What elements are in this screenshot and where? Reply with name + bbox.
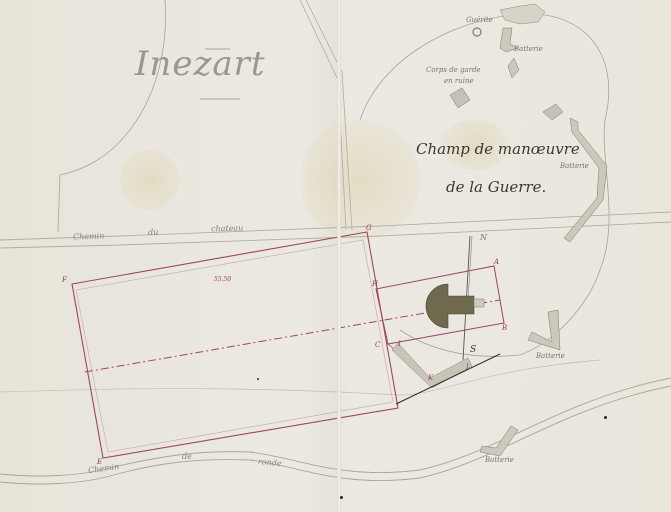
label-en-ruine: en ruine bbox=[444, 77, 474, 85]
label-guerite: Guérite bbox=[466, 16, 493, 24]
batterie-mid bbox=[528, 310, 560, 350]
map-title-line2: de la Guerre. bbox=[446, 178, 546, 196]
label-batterie-mid: Batterie bbox=[536, 352, 565, 360]
map-sheet: Inezart Champ de manœuvre de la Guerre. … bbox=[0, 0, 671, 512]
survey-point-a: A bbox=[494, 258, 499, 266]
road-label-du: du bbox=[148, 228, 158, 237]
guerite bbox=[473, 28, 481, 36]
road-label-chemin: Chemin bbox=[73, 231, 105, 241]
label-batterie-bottom: Batterie bbox=[485, 456, 514, 464]
batterie-right bbox=[564, 118, 607, 242]
measure-top-edge: 55.50 bbox=[214, 276, 231, 283]
label-batterie-right: Batterie bbox=[560, 162, 589, 170]
survey-point-k: K bbox=[428, 374, 433, 382]
pencil-note: Inezart bbox=[135, 44, 266, 84]
ruins bbox=[500, 4, 545, 24]
survey-point-b: B bbox=[502, 324, 507, 332]
batterie-bottom bbox=[480, 426, 518, 456]
boundary-line bbox=[58, 0, 166, 232]
ink-dot bbox=[257, 378, 259, 380]
compass-south: S bbox=[470, 345, 476, 355]
label-batterie-top: Batterie bbox=[514, 45, 543, 53]
survey-point-h: H bbox=[372, 280, 378, 288]
survey-point-c: C bbox=[375, 341, 380, 349]
map-title-line1: Champ de manœuvre bbox=[416, 140, 580, 158]
survey-parcel bbox=[72, 232, 398, 458]
paper-fold bbox=[337, 0, 341, 512]
ink-dot bbox=[604, 416, 607, 419]
survey-point-e: E bbox=[97, 458, 102, 466]
corps-de-garde bbox=[450, 88, 470, 108]
ink-dot bbox=[340, 496, 343, 499]
compass-north: N bbox=[480, 233, 487, 242]
survey-point-l: L bbox=[466, 363, 471, 371]
label-corps-de-garde: Corps de garde bbox=[426, 66, 481, 74]
survey-point-g: G bbox=[366, 224, 372, 232]
road-label-chateau: chateau bbox=[211, 223, 244, 233]
survey-point-i: I bbox=[398, 340, 401, 348]
road-label-de: de bbox=[182, 452, 192, 461]
map-drawing bbox=[0, 0, 671, 512]
survey-point-f: F bbox=[62, 276, 67, 284]
